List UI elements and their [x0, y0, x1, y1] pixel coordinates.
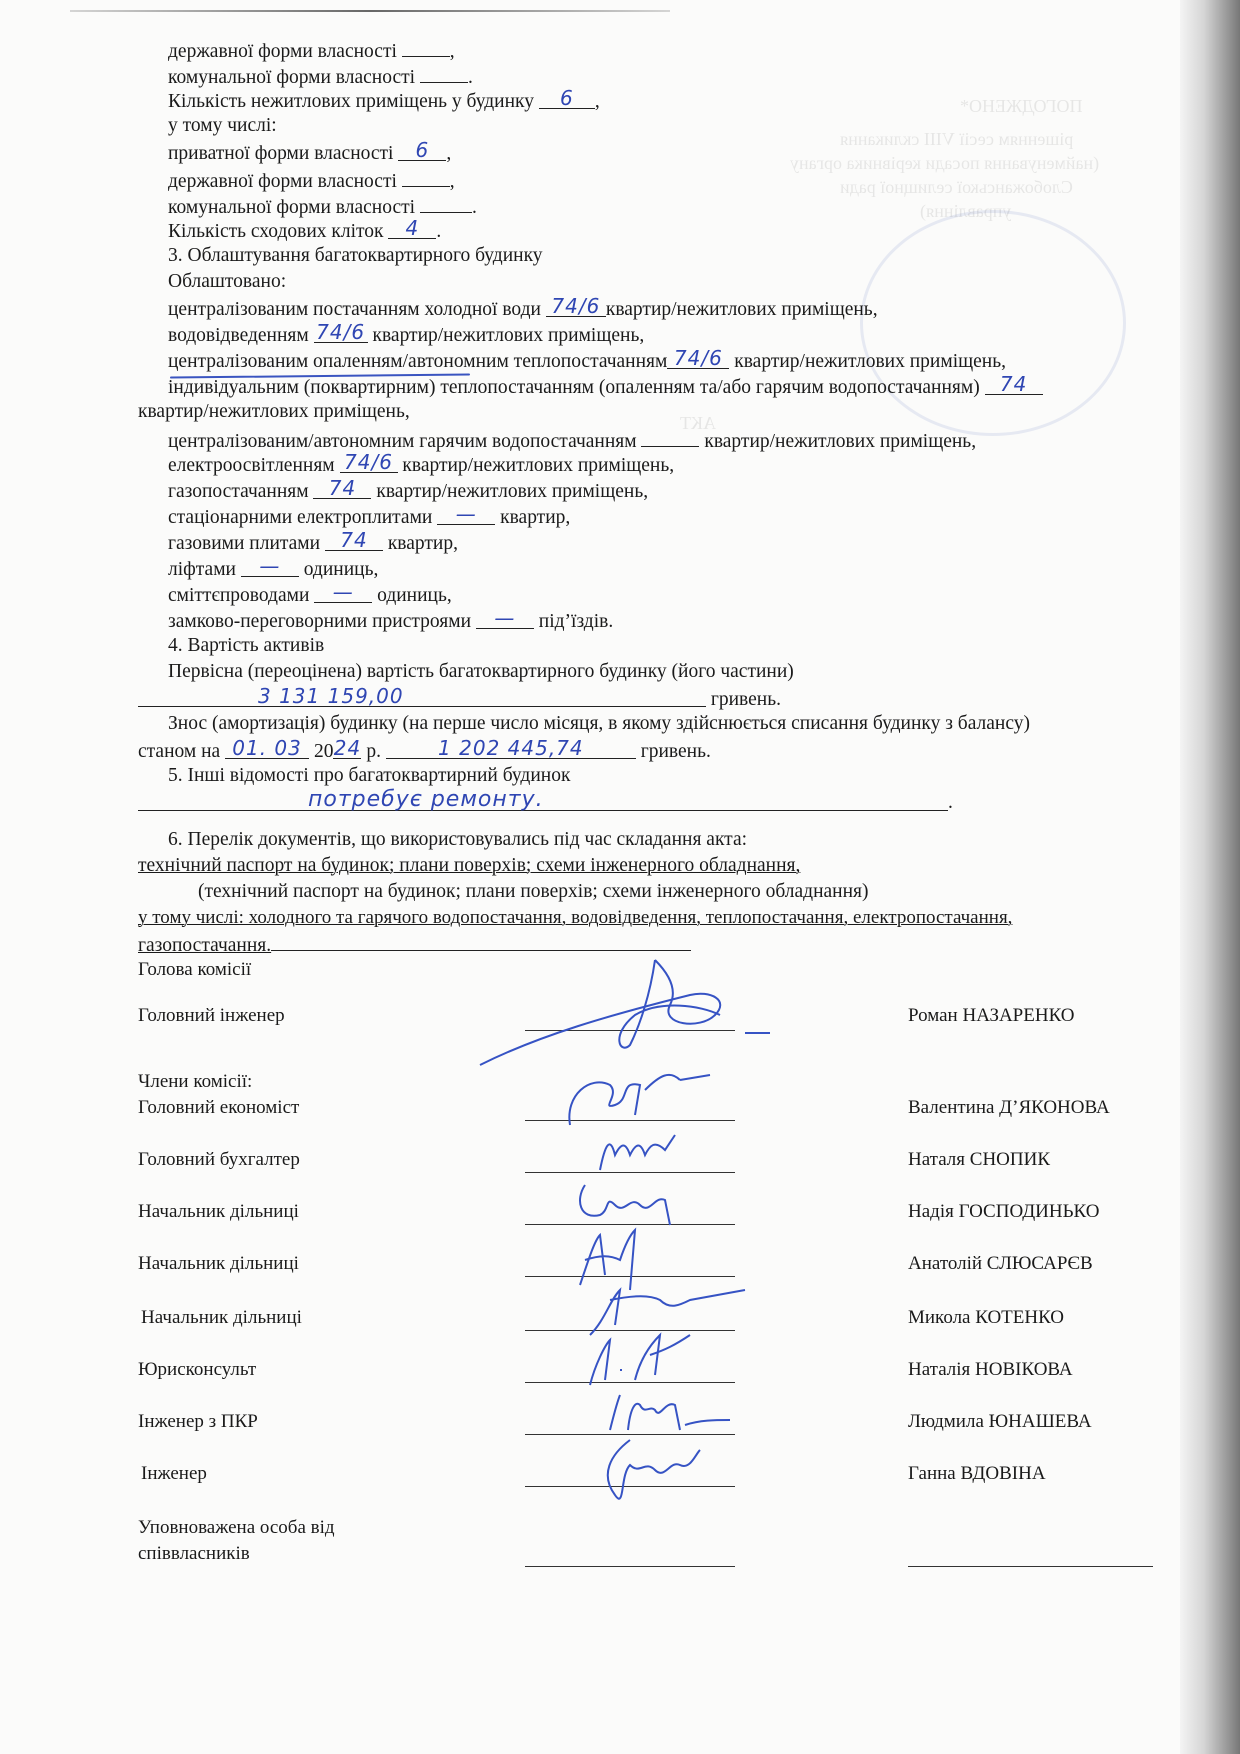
- communal-ownership-field-2[interactable]: [420, 192, 472, 213]
- sewerage-field[interactable]: 74/6: [314, 322, 368, 343]
- co-owners-representative-label-1: Уповноважена особа від: [138, 1516, 335, 1540]
- section-3-heading: 3. Облаштування багатоквартирного будинк…: [168, 244, 543, 268]
- individual-heating-suffix: квартир/нежитлових приміщень,: [138, 400, 410, 424]
- depreciation-row: станом на 01. 03 2024 р. 1 202 445,74 гр…: [138, 738, 711, 764]
- private-ownership-row: приватної форми власності 6,: [168, 140, 451, 166]
- communal-ownership-row-1: комунальної форми власності .: [168, 62, 473, 90]
- as-of-date-field[interactable]: 01. 03: [225, 738, 309, 759]
- initial-value-row: 3 131 159,00 гривень.: [138, 686, 781, 712]
- signatory-name: Людмила ЮНАШЕВА: [908, 1410, 1092, 1434]
- documents-hint: (технічний паспорт на будинок; плани пов…: [198, 880, 869, 904]
- commission-chair-heading: Голова комісії: [138, 958, 251, 982]
- section-5-heading: 5. Інші відомості про багатоквартирний б…: [168, 764, 570, 788]
- initial-value-label: Первісна (переоцінена) вартість багатокв…: [168, 660, 794, 684]
- cold-water-field[interactable]: 74/6: [546, 296, 606, 317]
- amenity-row-individual-heating: індивідуальним (поквартирним) теплопоста…: [168, 374, 1043, 400]
- amenity-row-hot-water: централізованим/автономним гарячим водоп…: [168, 426, 976, 454]
- signatory-position: Начальник дільниці: [138, 1252, 299, 1276]
- nonresidential-count-row: Кількість нежитлових приміщень у будинку…: [168, 88, 600, 114]
- page-binding-shadow: [1180, 0, 1240, 1754]
- bleed-text: рішенням сесії VIII скликання: [840, 128, 1073, 150]
- signatory-name: Надія ГОСПОДИНЬКО: [908, 1200, 1099, 1224]
- signature-scribble-icon: [600, 1385, 740, 1440]
- amenity-row-gas-supply: газопостачанням 74 квартир/нежитлових пр…: [168, 478, 648, 504]
- equipped-label: Облаштовано:: [168, 270, 286, 294]
- state-ownership-row-1: державної форми власності ,: [168, 36, 455, 64]
- signatory-position: Головний інженер: [138, 1004, 285, 1028]
- section-4-heading: 4. Вартість активів: [168, 634, 324, 658]
- signatory-position: Юрисконсульт: [138, 1358, 256, 1382]
- documents-line-2: у тому числі: холодного та гарячого водо…: [138, 906, 1012, 930]
- depreciation-value-field[interactable]: 1 202 445,74: [386, 738, 636, 759]
- signatory-position: Начальник дільниці: [138, 1200, 299, 1224]
- signatory-position: Інженер: [141, 1462, 207, 1486]
- gas-stoves-field[interactable]: 74: [325, 530, 383, 551]
- signatory-name: Роман НАЗАРЕНКО: [908, 1004, 1075, 1028]
- nonresidential-count-field[interactable]: 6: [539, 88, 595, 109]
- amenity-row-sewerage: водовідведенням 74/6 квартир/нежитлових …: [168, 322, 644, 348]
- amenity-row-garbage-chutes: сміттєпроводами — одиниць,: [168, 582, 452, 608]
- other-info-field[interactable]: потребує ремонту.: [138, 790, 948, 811]
- bleed-text: (найменування посади керівника органу: [790, 152, 1099, 174]
- central-heating-field[interactable]: 74/6: [667, 348, 729, 369]
- signatory-position: Інженер з ПКР: [138, 1410, 258, 1434]
- electric-stoves-field[interactable]: —: [437, 504, 495, 525]
- signatory-name: Наталя СНОПИК: [908, 1148, 1050, 1172]
- electric-lighting-field[interactable]: 74/6: [340, 452, 398, 473]
- bleed-text: Слобожанської селищної ради: [840, 176, 1073, 198]
- signatory-name: Микола КОТЕНКО: [908, 1306, 1064, 1330]
- signatory-position: Головний економіст: [138, 1096, 299, 1120]
- signature-scribble-icon: [590, 1125, 700, 1180]
- communal-ownership-row-2: комунальної форми власності .: [168, 192, 477, 220]
- depreciation-label: Знос (амортизація) будинку (на перше чис…: [168, 712, 1030, 736]
- state-ownership-field-2[interactable]: [402, 166, 450, 187]
- bleed-text: ПОГОДЖЕНО*: [960, 95, 1082, 117]
- amenity-row-central-heating: централізованим опаленням/автономним теп…: [168, 348, 1006, 374]
- signatory-name: Валентина Д’ЯКОНОВА: [908, 1096, 1110, 1120]
- private-ownership-field[interactable]: 6: [398, 140, 446, 161]
- signatory-name: Наталія НОВІКОВА: [908, 1358, 1073, 1382]
- commission-members-heading: Члени комісії:: [138, 1070, 252, 1094]
- bleed-text: управління): [920, 200, 1011, 222]
- amenity-row-electric-lighting: електроосвітленням 74/6 квартир/нежитлов…: [168, 452, 674, 478]
- initial-value-field[interactable]: 3 131 159,00: [138, 686, 706, 707]
- signatory-name: Ганна ВДОВІНА: [908, 1462, 1046, 1486]
- as-of-year-field[interactable]: 24: [333, 738, 361, 759]
- stairwells-field[interactable]: 4: [388, 218, 436, 239]
- page-top-edge: [70, 10, 670, 12]
- individual-heating-field[interactable]: 74: [985, 374, 1043, 395]
- elevators-field[interactable]: —: [241, 556, 299, 577]
- signatory-position: Начальник дільниці: [141, 1306, 302, 1330]
- section-6-heading: 6. Перелік документів, що використовувал…: [168, 828, 747, 852]
- amenity-row-gas-stoves: газовими плитами 74 квартир,: [168, 530, 458, 556]
- including-label: у тому числі:: [168, 114, 277, 138]
- hot-water-field[interactable]: [641, 426, 699, 447]
- communal-ownership-field-1[interactable]: [420, 62, 468, 83]
- signatory-position: Головний бухгалтер: [138, 1148, 300, 1172]
- gas-supply-field[interactable]: 74: [313, 478, 371, 499]
- documents-line-1: технічний паспорт на будинок; плани пове…: [138, 854, 800, 878]
- intercoms-field[interactable]: —: [476, 608, 534, 629]
- co-owners-name-line[interactable]: [908, 1566, 1153, 1567]
- signatory-name: Анатолій СЛЮСАРЄВ: [908, 1252, 1093, 1276]
- state-ownership-row-2: державної форми власності ,: [168, 166, 455, 194]
- stamp-bleed-through: [860, 210, 1126, 436]
- co-owners-representative-label-2: співвласників: [138, 1542, 250, 1566]
- signature-scribble-icon: [580, 1325, 710, 1390]
- amenity-row-electric-stoves: стаціонарними електроплитами — квартир,: [168, 504, 570, 530]
- amenity-row-cold-water: централізованим постачанням холодної вод…: [168, 296, 878, 322]
- signature-scribble-icon: [590, 1435, 710, 1515]
- signature-scribble-icon: [460, 955, 790, 1070]
- amenity-row-elevators: ліфтами — одиниць,: [168, 556, 378, 582]
- state-ownership-field-1[interactable]: [402, 36, 450, 57]
- amenity-row-intercoms: замково-переговорними пристроями — під’ї…: [168, 608, 613, 634]
- other-info-row: потребує ремонту..: [138, 790, 953, 815]
- stairwells-row: Кількість сходових кліток 4.: [168, 218, 441, 244]
- co-owners-signature-line[interactable]: [525, 1566, 735, 1567]
- garbage-chutes-field[interactable]: —: [314, 582, 372, 603]
